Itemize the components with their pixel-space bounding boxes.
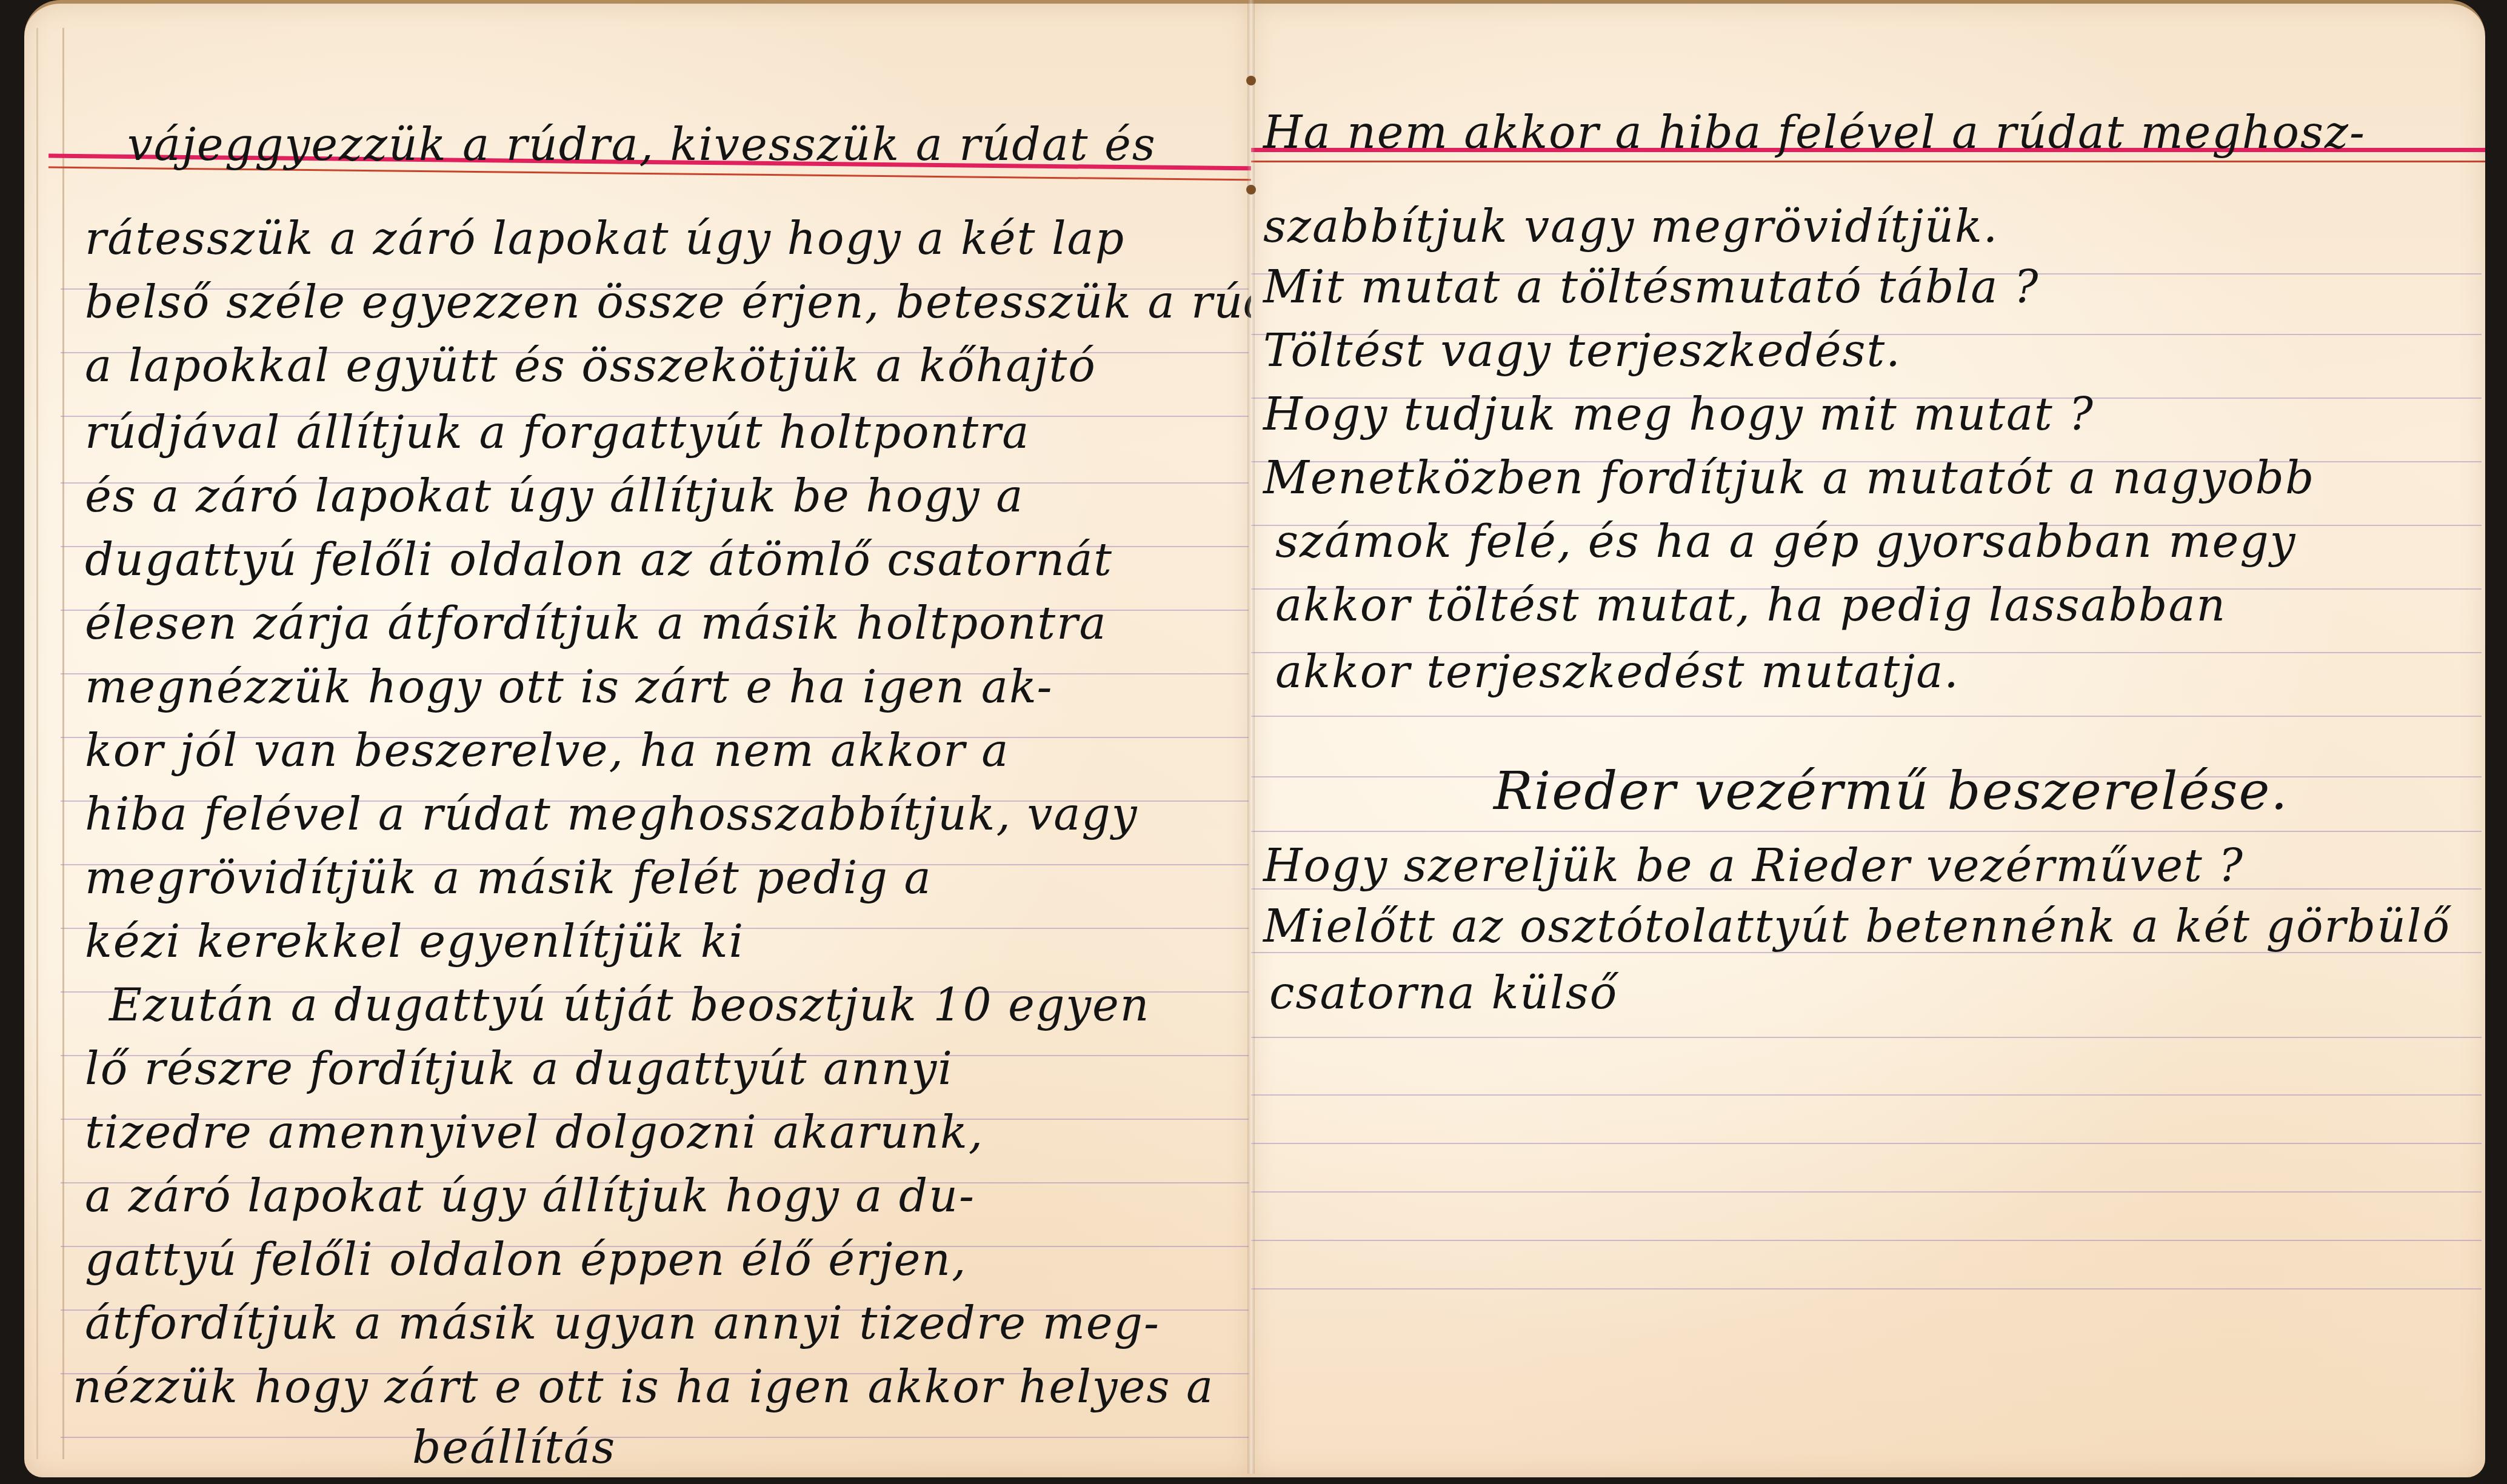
handwritten-line: belső széle egyezzen össze érjen, betess… [85, 276, 1251, 328]
handwritten-line: akkor terjeszkedést mutatja. [1275, 646, 1960, 698]
handwritten-line: rátesszük a záró lapokat úgy hogy a két … [85, 213, 1125, 265]
handwritten-line: beállítás [412, 1422, 616, 1474]
handwritten-line: lő részre fordítjuk a dugattyút annyi [85, 1043, 953, 1095]
handwritten-line: Mielőtt az osztótolattyút betennénk a ké… [1263, 900, 2451, 953]
handwritten-line: nézzük hogy zárt e ott is ha igen akkor … [73, 1361, 1214, 1413]
handwritten-line: Hogy tudjuk meg hogy mit mutat ? [1263, 388, 2094, 441]
handwritten-line: kézi kerekkel egyenlítjük ki [85, 916, 744, 968]
ruled-line [1251, 1037, 2482, 1038]
handwritten-line: Mit mutat a töltésmutató tábla ? [1263, 261, 2039, 313]
handwritten-line: gattyú felőli oldalon éppen élő érjen, [85, 1234, 967, 1286]
handwritten-line: csatorna külső [1269, 967, 1618, 1019]
staple-mark [1246, 76, 1256, 85]
handwritten-line: számok felé, és ha a gép gyorsabban megy [1275, 516, 2297, 568]
handwritten-line: a záró lapokat úgy állítjuk hogy a du- [85, 1170, 975, 1222]
handwritten-line: akkor töltést mutat, ha pedig lassabban [1275, 579, 2226, 631]
handwritten-line: megrövidítjük a másik felét pedig a [85, 852, 932, 904]
ruled-line [1251, 1240, 2482, 1241]
binding-gutter [1247, 0, 1255, 1474]
handwritten-line: Hogy szereljük be a Rieder vezérművet ? [1263, 840, 2244, 892]
handwritten-line: a lapokkal együtt és összekötjük a kőhaj… [85, 340, 1097, 392]
ruled-line [61, 1437, 1249, 1438]
ruled-line [1251, 716, 2482, 717]
handwritten-line: rúdjával állítjuk a forgattyút holtpontr… [85, 407, 1030, 459]
handwritten-line: Ezután a dugattyú útját beosztjuk 10 egy… [109, 979, 1150, 1031]
handwritten-line: élesen zárja átfordítjuk a másik holtpon… [85, 597, 1107, 650]
handwritten-line: átfordítjuk a másik ugyan annyi tizedre … [85, 1297, 1160, 1349]
handwritten-line: hiba felével a rúdat meghosszabbítjuk, v… [85, 788, 1138, 840]
ruled-line [1251, 831, 2482, 832]
ruled-line [1251, 1191, 2482, 1193]
handwritten-line: és a záró lapokat úgy állítjuk be hogy a [85, 470, 1024, 522]
ruled-line [1251, 1288, 2482, 1289]
ruled-line [1251, 1143, 2482, 1144]
handwritten-line: tizedre amennyivel dolgozni akarunk, [85, 1106, 984, 1159]
handwritten-line: Menetközben fordítjuk a mutatót a nagyob… [1263, 452, 2315, 504]
handwritten-line: vájeggyezzük a rúdra, kivesszük a rúdat … [127, 119, 1157, 171]
handwritten-line: szabbítjuk vagy megrövidítjük. [1263, 201, 1998, 253]
staple-mark [1246, 185, 1256, 195]
notebook-spread: vájeggyezzük a rúdra, kivesszük a rúdat … [24, 0, 2485, 1479]
section-heading: Rieder vezérmű beszerelése. [1494, 761, 2289, 822]
left-page: vájeggyezzük a rúdra, kivesszük a rúdat … [24, 0, 1251, 1477]
page-edges-decoration [36, 28, 64, 1459]
handwritten-line: Töltést vagy terjeszkedést. [1263, 325, 1901, 377]
ruled-line [1251, 1094, 2482, 1096]
handwritten-line: Ha nem akkor a hiba felével a rúdat megh… [1263, 107, 2366, 159]
handwritten-line: kor jól van beszerelve, ha nem akkor a [85, 725, 1009, 777]
right-page: Ha nem akkor a hiba felével a rúdat megh… [1251, 0, 2485, 1477]
handwritten-line: dugattyú felőli oldalon az átömlő csator… [85, 534, 1113, 586]
handwritten-line: megnézzük hogy ott is zárt e ha igen ak- [85, 661, 1053, 713]
